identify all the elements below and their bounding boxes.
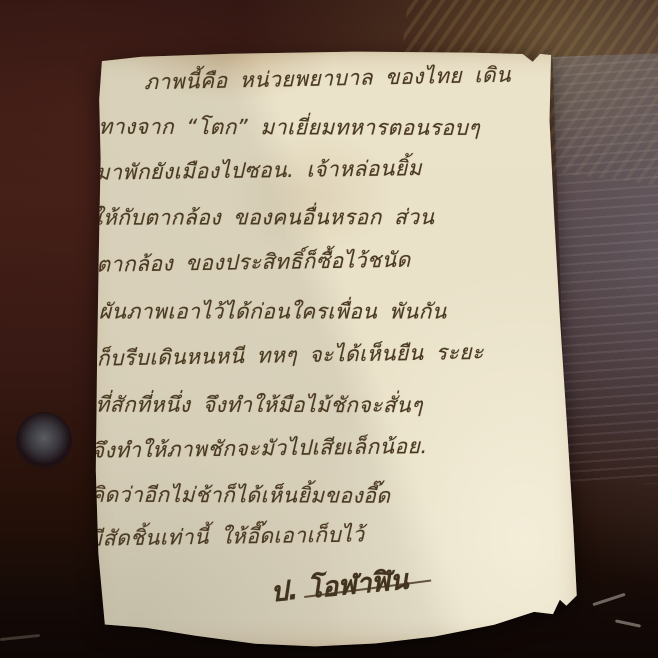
handwritten-line: ภาพนี้คือ หน่วยพยาบาล ของไทย เดิน: [144, 62, 511, 96]
handwritten-line: มีสัดชิ้นเท่านี้ ให้อี๊ดเอาเก็บไว้: [88, 521, 365, 552]
handwritten-line: คิดว่าอีกไม่ช้าก็ได้เห็นยิ้มของอี๊ด: [90, 482, 391, 509]
paper-note-wrapper: ภาพนี้คือ หน่วยพยาบาล ของไทย เดิน ทางจาก…: [0, 0, 658, 658]
handwritten-line: ผันภาพเอาไว้ได้ก่อนใครเพื่อน พันกัน: [99, 299, 447, 325]
handwritten-note-paper: ภาพนี้คือ หน่วยพยาบาล ของไทย เดิน ทางจาก…: [82, 48, 584, 649]
handwritten-line: ตากล้อง ของประสิทธิ์ก็ซื้อไว้ชนัด: [96, 247, 411, 278]
handwritten-line: ให้กับตากล้อง ของคนอื่นหรอก ส่วน: [92, 204, 434, 231]
handwritten-line: เก็บรีบเดินหนหนี ทหๆ จะได้เห็นยืน ระยะ: [89, 339, 484, 372]
handwritten-line: ที่สักที่หนึ่ง จึงทำให้มือไม้ชักจะสั่นๆ: [95, 392, 423, 419]
handwritten-line: มาพักยังเมืองไปซอน. เจ้าหล่อนยิ้ม: [96, 155, 423, 186]
handwritten-line: จึงทำให้ภาพชักจะมัวไปเสียเล็กน้อย.: [92, 433, 428, 464]
handwritten-line: ทางจาก “โตก” มาเยี่ยมทหารตอนรอบๆ: [98, 114, 480, 142]
